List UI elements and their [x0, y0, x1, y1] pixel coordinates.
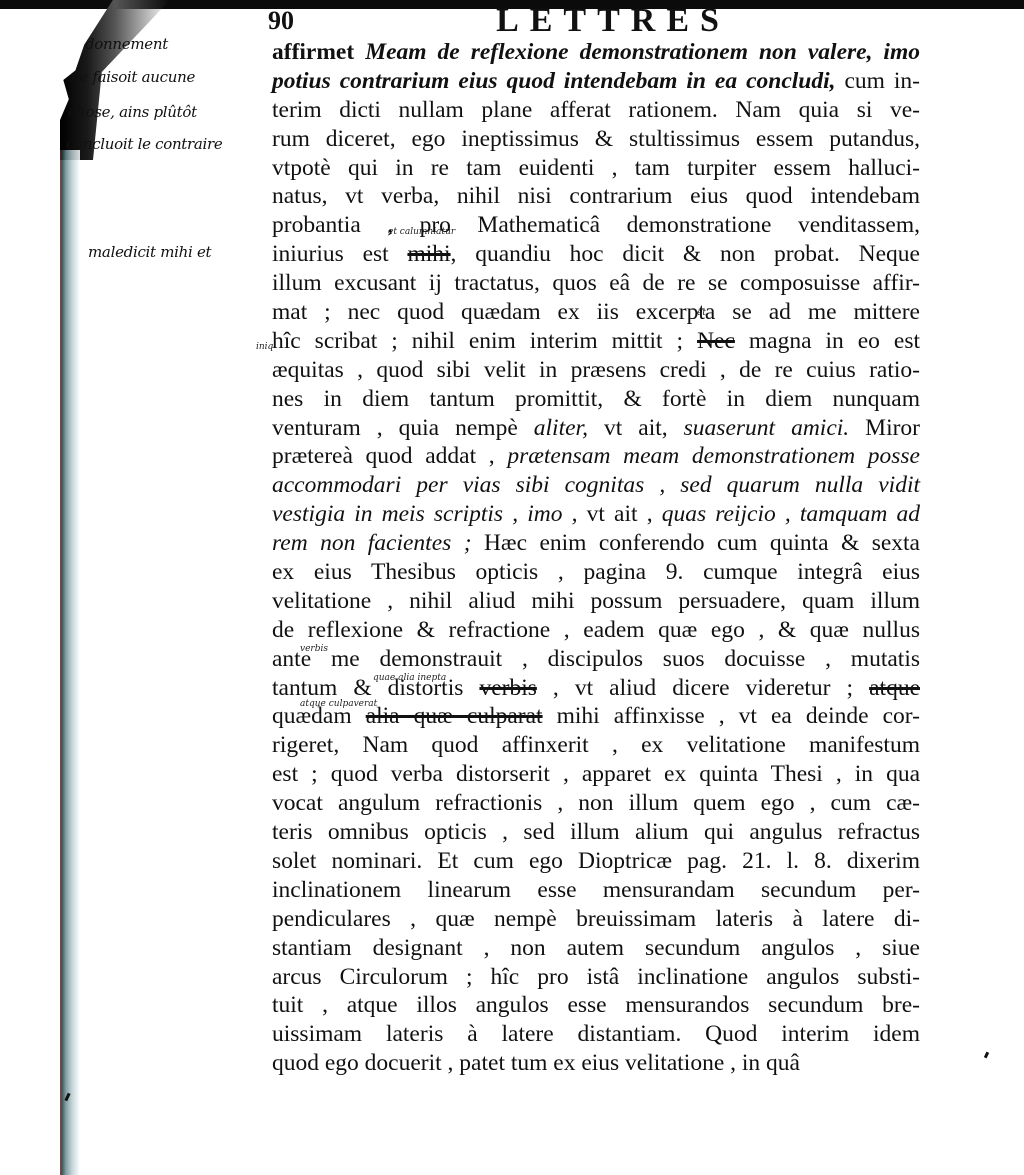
text-line: accommodari per vias sibi cognitas , sed… — [272, 471, 920, 500]
text-segment: quædam — [272, 703, 366, 729]
text-line: uissimam lateris à latere distantiam. Qu… — [272, 1020, 920, 1049]
text-segment: arcus Circulorum ; hîc pro istâ inclinat… — [272, 964, 920, 990]
text-line: solet nominari. Et cum ego Dioptricæ pag… — [272, 847, 920, 876]
text-segment: teris omnibus opticis , sed illum alium … — [272, 819, 920, 845]
text-line: quod ego docuerit , patet tum ex eius ve… — [272, 1049, 920, 1078]
text-segment: solet nominari. Et cum ego Dioptricæ pag… — [272, 848, 920, 874]
struck-word: alia quæ culparat — [366, 703, 543, 729]
text-line: vocat angulum refractionis , non illum q… — [272, 789, 920, 818]
text-line: quædam alia quæ culparat mihi affinxisse… — [272, 702, 920, 731]
text-line: pendiculares , quæ nempè breuissimam lat… — [272, 905, 920, 934]
text-segment: ex eius Thesibus opticis , pagina 9. cum… — [272, 559, 920, 585]
text-segment: tantum & distortis — [272, 675, 479, 701]
text-line: tuit , atque illos angulos esse mensuran… — [272, 991, 920, 1020]
text-line: vtpotè qui in re tam euidenti , tam turp… — [272, 154, 920, 183]
margin-note: maledicit mihi et — [88, 243, 211, 261]
scan-speck — [984, 1052, 989, 1059]
text-segment: stantiam designant , non autem secundum … — [272, 935, 920, 961]
text-line: hîc scribat ; nihil enim interim mittit … — [272, 327, 920, 356]
text-segment: probantia , pro Mathematicâ demonstratio… — [272, 212, 920, 238]
text-line: terim dicti nullam plane afferat ratione… — [272, 96, 920, 125]
text-segment: pendiculares , quæ nempè breuissimam lat… — [272, 906, 920, 932]
text-segment: magna in eo est — [735, 328, 920, 354]
text-line: venturam , quia nempè aliter, vt ait, su… — [272, 414, 920, 443]
text-segment: aliter, — [534, 415, 588, 441]
text-segment: illum excusant ij tractatus, quos eâ de … — [272, 270, 920, 296]
text-segment: quas reijcio , tamquam ad — [662, 501, 920, 527]
text-segment: suaserunt amici. — [684, 415, 850, 441]
text-segment: natus, vt verba, nihil nisi contrarium e… — [272, 183, 920, 209]
text-line: de reflexione & refractione , eadem quæ … — [272, 616, 920, 645]
text-segment: affirmet — [272, 39, 365, 65]
text-segment: vt ait , — [587, 501, 662, 527]
text-segment: vocat angulum refractionis , non illum q… — [272, 790, 920, 816]
text-segment: æquitas , quod sibi velit in præsens cre… — [272, 357, 920, 383]
text-line: illum excusant ij tractatus, quos eâ de … — [272, 269, 920, 298]
text-line: inclinationem linearum esse mensurandam … — [272, 876, 920, 905]
text-segment: rum diceret, ego ineptissimus & stultiss… — [272, 126, 920, 152]
text-segment: mihi affinxisse , vt ea deinde cor- — [543, 703, 920, 729]
text-line: ante me demonstrauit , discipulos suos d… — [272, 645, 920, 674]
text-line: teris omnibus opticis , sed illum alium … — [272, 818, 920, 847]
latin-body-text: affirmet Meam de reflexione demonstratio… — [272, 38, 920, 1078]
scan-page-gutter-edge — [60, 150, 80, 1175]
text-line: est ; quod verba distorserit , apparet e… — [272, 760, 920, 789]
margin-note: donnement — [85, 35, 168, 53]
text-segment: de reflexione & refractione , eadem quæ … — [272, 617, 920, 643]
text-line: arcus Circulorum ; hîc pro istâ inclinat… — [272, 963, 920, 992]
text-segment: Meam de reflexione demonstrationem non v… — [365, 39, 920, 65]
text-segment: hîc scribat ; nihil enim interim mittit … — [272, 328, 697, 354]
text-segment: vestigia in meis scriptis , imo , — [272, 501, 587, 527]
text-segment: ante me demonstrauit , discipulos suos d… — [272, 646, 920, 672]
margin-note: ne faisoit aucune — [70, 68, 195, 86]
text-segment: venturam , quia nempè — [272, 415, 534, 441]
text-line: tantum & distortis verbis , vt aliud dic… — [272, 674, 920, 703]
text-line: affirmet Meam de reflexione demonstratio… — [272, 38, 920, 67]
text-segment: uissimam lateris à latere distantiam. Qu… — [272, 1021, 920, 1047]
text-segment: nes in diem tantum promittit, & fortè in… — [272, 386, 920, 412]
text-line: stantiam designant , non autem secundum … — [272, 934, 920, 963]
text-segment: prætensam meam demonstrationem posse — [507, 443, 920, 469]
struck-word: atque — [869, 675, 920, 701]
text-segment: accommodari per vias sibi cognitas , sed… — [272, 472, 920, 498]
text-segment: potius contrarium eius quod intendebam i… — [272, 68, 836, 94]
text-segment: prætereà quod addat , — [272, 443, 507, 469]
text-line: iniurius est mihi, quandiu hoc dicit & n… — [272, 240, 920, 269]
text-segment: , quandiu hoc dicit & non probat. Neque — [451, 241, 920, 267]
text-segment: inclinationem linearum esse mensurandam … — [272, 877, 920, 903]
running-title: LETTRES — [268, 2, 958, 40]
text-segment: vt ait, — [588, 415, 684, 441]
text-line: rem non facientes ; Hæc enim conferendo … — [272, 529, 920, 558]
text-segment: , vt aliud dicere videretur ; — [537, 675, 869, 701]
text-line: mat ; nec quod quædam ex iis excerpta se… — [272, 298, 920, 327]
text-segment: tuit , atque illos angulos esse mensuran… — [272, 992, 920, 1018]
margin-note: chose, ains plûtôt — [68, 103, 197, 121]
text-segment: vtpotè qui in re tam euidenti , tam turp… — [272, 155, 920, 181]
text-line: æquitas , quod sibi velit in præsens cre… — [272, 356, 920, 385]
text-segment: terim dicti nullam plane afferat ratione… — [272, 97, 920, 123]
text-segment: est ; quod verba distorserit , apparet e… — [272, 761, 920, 787]
text-line: probantia , pro Mathematicâ demonstratio… — [272, 211, 920, 240]
interlinear-note: iniq — [256, 342, 273, 352]
text-line: prætereà quod addat , prætensam meam dem… — [272, 442, 920, 471]
text-segment: quod ego docuerit , patet tum ex eius ve… — [272, 1050, 800, 1076]
text-line: potius contrarium eius quod intendebam i… — [272, 67, 920, 96]
text-line: natus, vt verba, nihil nisi contrarium e… — [272, 182, 920, 211]
text-line: rum diceret, ego ineptissimus & stultiss… — [272, 125, 920, 154]
text-line: velitatione , nihil aliud mihi possum pe… — [272, 587, 920, 616]
text-line: rigeret, Nam quod affinxerit , ex velita… — [272, 731, 920, 760]
text-line: nes in diem tantum promittit, & fortè in… — [272, 385, 920, 414]
text-segment: Hæc enim conferendo cum quinta & sexta — [472, 530, 920, 556]
text-segment: rigeret, Nam quod affinxerit , ex velita… — [272, 732, 920, 758]
text-segment: iniurius est — [272, 241, 407, 267]
text-segment: Miror — [849, 415, 920, 441]
text-line: vestigia in meis scriptis , imo , vt ait… — [272, 500, 920, 529]
running-head: 90 LETTRES — [268, 2, 958, 42]
text-segment: mat ; nec quod quædam ex iis excerpta se… — [272, 299, 920, 325]
text-segment: velitatione , nihil aliud mihi possum pe… — [272, 588, 920, 614]
struck-word: Nec — [697, 328, 735, 354]
text-line: ex eius Thesibus opticis , pagina 9. cum… — [272, 558, 920, 587]
struck-word: mihi — [407, 241, 450, 267]
margin-note: concluoit le contraire — [66, 135, 223, 153]
text-segment: rem non facientes ; — [272, 530, 472, 556]
struck-word: verbis — [479, 675, 536, 701]
text-segment: cum in- — [836, 68, 921, 94]
